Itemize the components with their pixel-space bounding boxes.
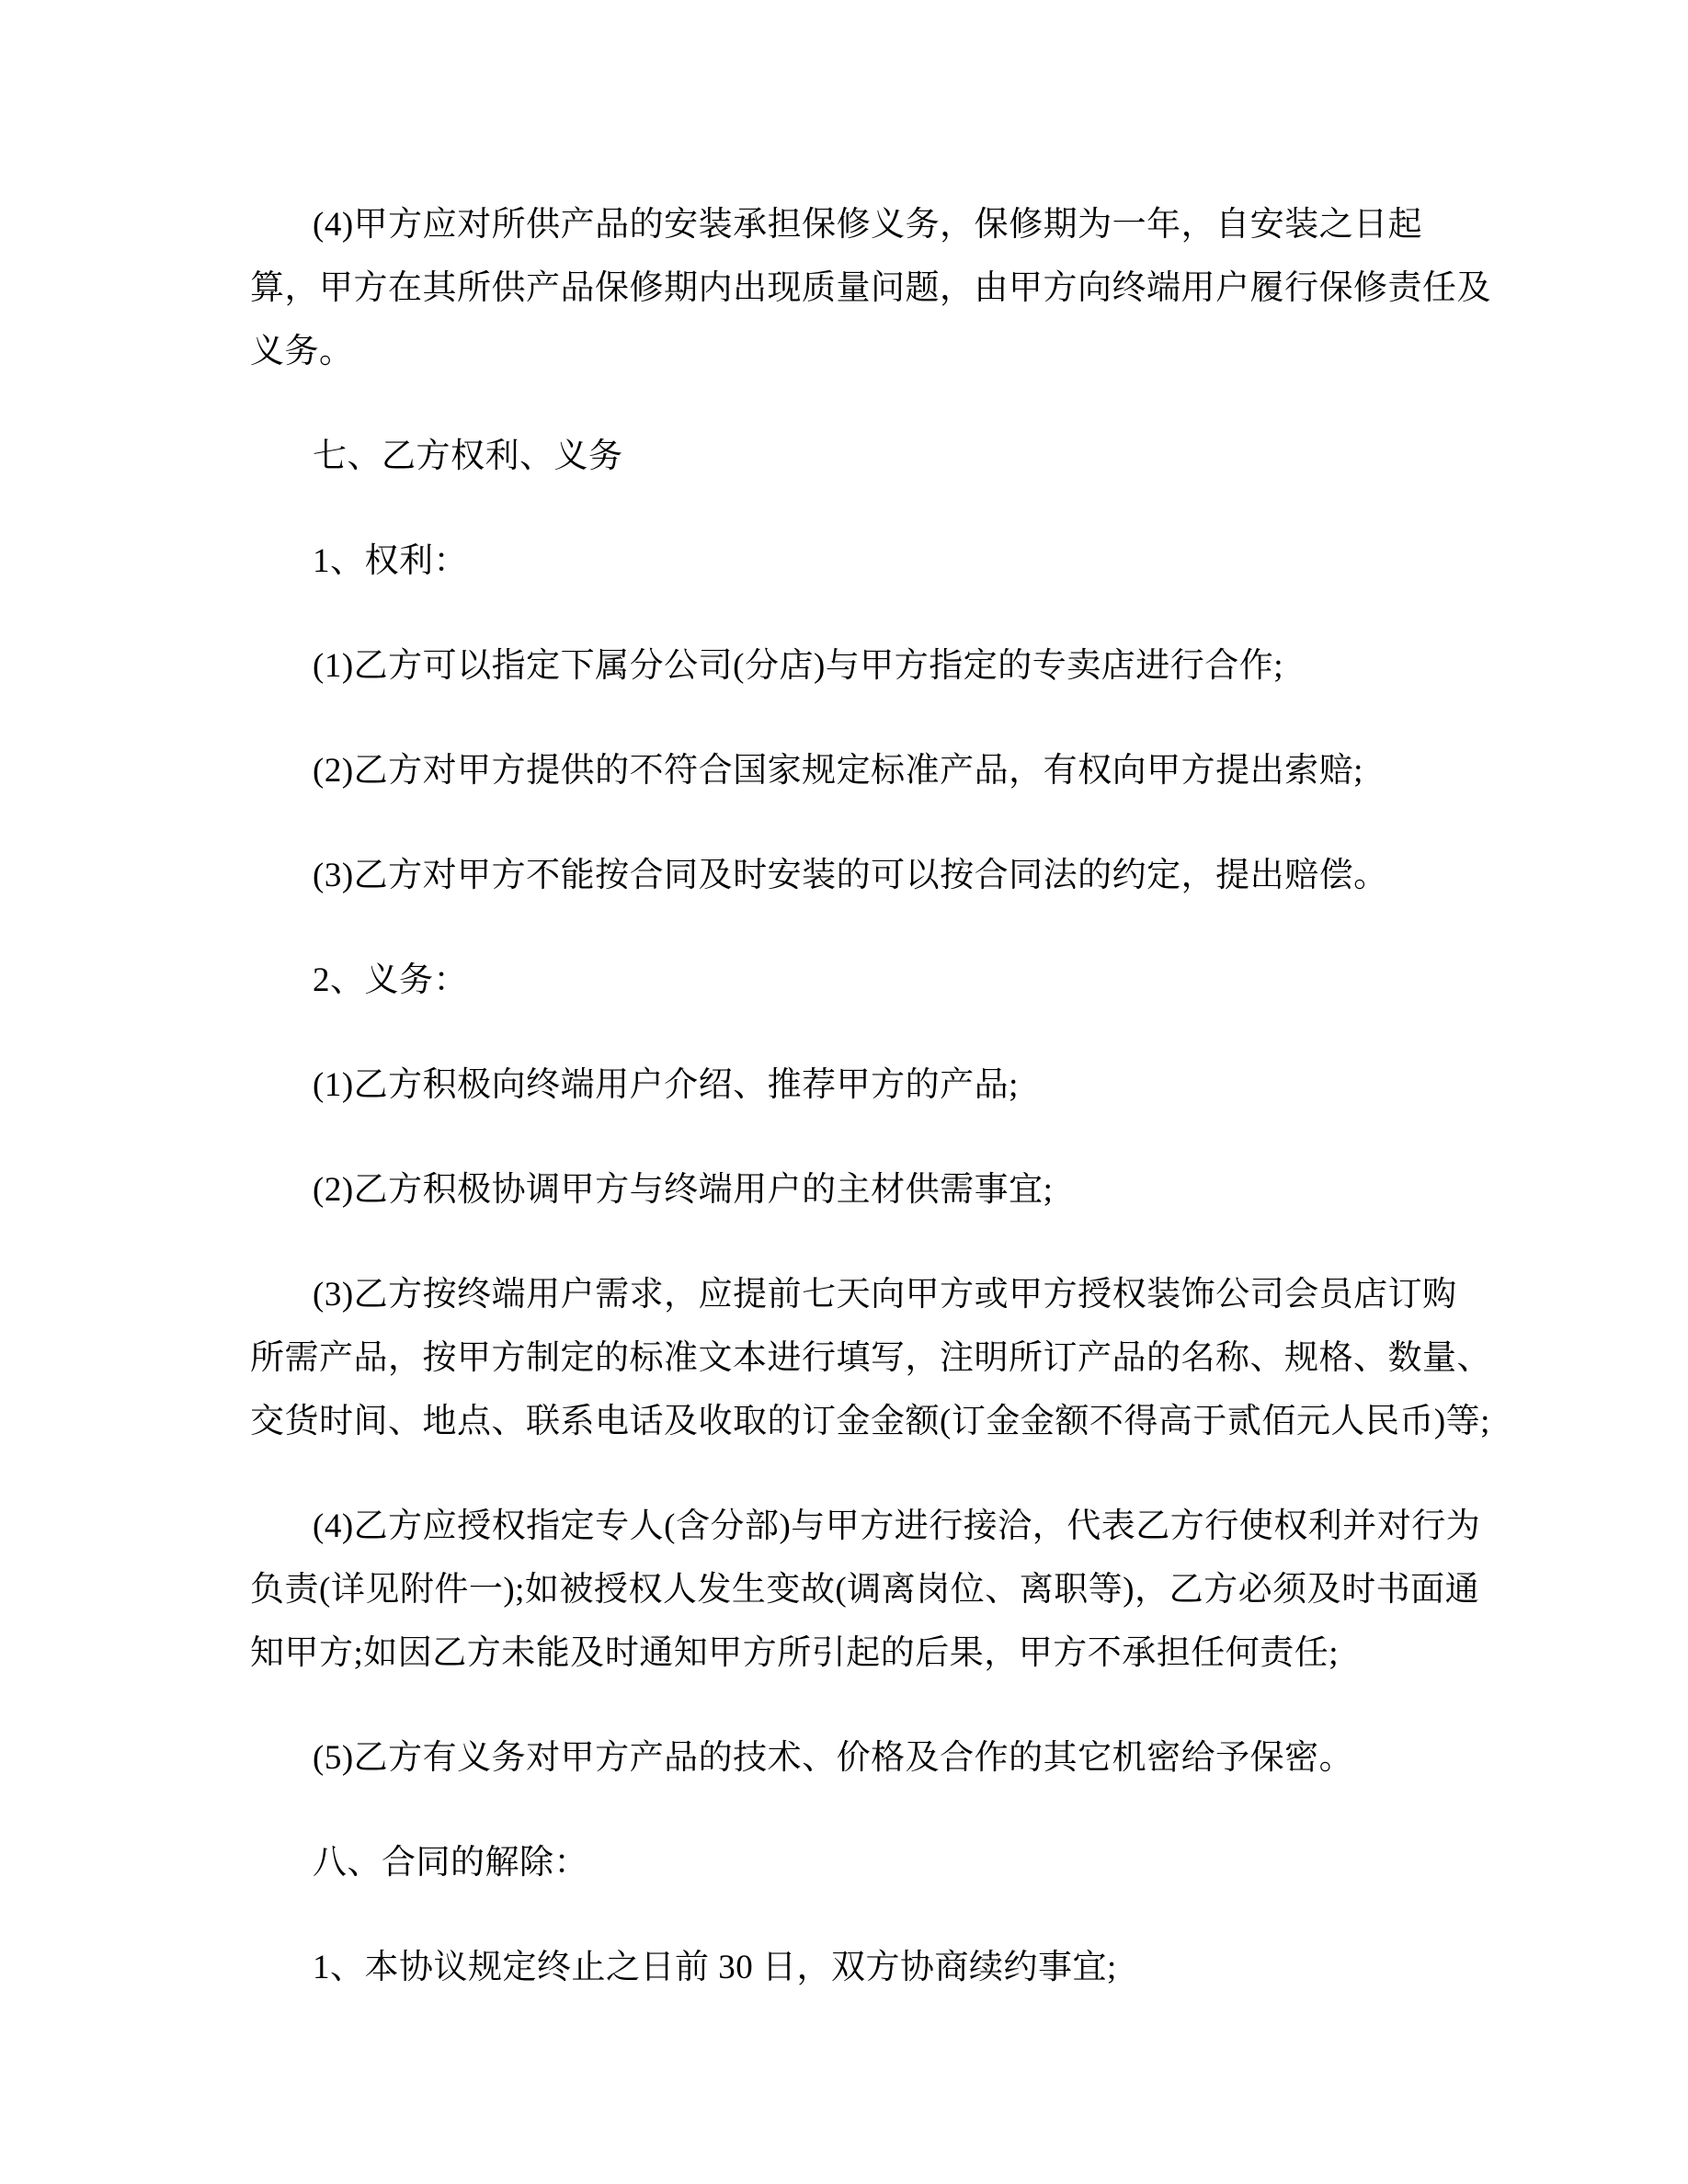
- paragraph-obligations-subheading: 2、义务：: [250, 949, 1473, 1012]
- contract-text-block: (4)甲方应对所供产品的安装承担保修义务，保修期为一年，自安装之日起 算，甲方在…: [250, 193, 1473, 2041]
- section-heading: 八、合同的解除：: [250, 1831, 1473, 1894]
- text-line: (2)乙方对甲方提供的不符合国家规定标准产品，有权向甲方提出索赔;: [250, 739, 1473, 802]
- paragraph-obligations-item-2: (2)乙方积极协调甲方与终端用户的主材供需事宜;: [250, 1158, 1473, 1222]
- paragraph-rights-item-1: (1)乙方可以指定下属分公司(分店)与甲方指定的专卖店进行合作;: [250, 634, 1473, 698]
- text-line: 算，甲方在其所供产品保修期内出现质量问题，由甲方向终端用户履行保修责任及: [250, 256, 1473, 320]
- paragraph-rights-item-2: (2)乙方对甲方提供的不符合国家规定标准产品，有权向甲方提出索赔;: [250, 739, 1473, 802]
- paragraph-rights-subheading: 1、权利：: [250, 529, 1473, 593]
- paragraph-obligations-item-4: (4)乙方应授权指定专人(含分部)与甲方进行接洽，代表乙方行使权利并对行为 负责…: [250, 1495, 1473, 1685]
- text-line: (1)乙方积极向终端用户介绍、推荐甲方的产品;: [250, 1053, 1473, 1117]
- paragraph-obligations-item-3: (3)乙方按终端用户需求，应提前七天向甲方或甲方授权装饰公司会员店订购 所需产品…: [250, 1263, 1473, 1453]
- paragraph-rights-item-3: (3)乙方对甲方不能按合同及时安装的可以按合同法的约定，提出赔偿。: [250, 844, 1473, 907]
- paragraph-section7-heading: 七、乙方权利、义务: [250, 425, 1473, 488]
- text-line: (4)乙方应授权指定专人(含分部)与甲方进行接洽，代表乙方行使权利并对行为: [250, 1495, 1473, 1558]
- section-heading: 七、乙方权利、义务: [250, 425, 1473, 488]
- text-line: (3)乙方对甲方不能按合同及时安装的可以按合同法的约定，提出赔偿。: [250, 844, 1473, 907]
- paragraph-section8-heading: 八、合同的解除：: [250, 1831, 1473, 1894]
- text-line: (1)乙方可以指定下属分公司(分店)与甲方指定的专卖店进行合作;: [250, 634, 1473, 698]
- document-page: (4)甲方应对所供产品的安装承担保修义务，保修期为一年，自安装之日起 算，甲方在…: [0, 0, 1688, 2184]
- text-line: (5)乙方有义务对甲方产品的技术、价格及合作的其它机密给予保密。: [250, 1726, 1473, 1790]
- text-line: 所需产品，按甲方制定的标准文本进行填写，注明所订产品的名称、规格、数量、: [250, 1326, 1473, 1390]
- text-line: 交货时间、地点、联系电话及收取的订金金额(订金金额不得高于贰佰元人民币)等;: [250, 1390, 1473, 1453]
- text-line: 负责(详见附件一);如被授权人发生变故(调离岗位、离职等)，乙方必须及时书面通: [250, 1558, 1473, 1621]
- text-line: (2)乙方积极协调甲方与终端用户的主材供需事宜;: [250, 1158, 1473, 1222]
- paragraph-warranty-clause: (4)甲方应对所供产品的安装承担保修义务，保修期为一年，自安装之日起 算，甲方在…: [250, 193, 1473, 383]
- text-line: 1、本协议规定终止之日前 30 日，双方协商续约事宜;: [250, 1936, 1473, 1999]
- text-line: 知甲方;如因乙方未能及时通知甲方所引起的后果，甲方不承担任何责任;: [250, 1621, 1473, 1685]
- text-line: (3)乙方按终端用户需求，应提前七天向甲方或甲方授权装饰公司会员店订购: [250, 1263, 1473, 1326]
- paragraph-termination-item-1: 1、本协议规定终止之日前 30 日，双方协商续约事宜;: [250, 1936, 1473, 1999]
- text-line: (4)甲方应对所供产品的安装承担保修义务，保修期为一年，自安装之日起: [250, 193, 1473, 256]
- paragraph-obligations-item-1: (1)乙方积极向终端用户介绍、推荐甲方的产品;: [250, 1053, 1473, 1117]
- subsection-heading: 2、义务：: [250, 949, 1473, 1012]
- subsection-heading: 1、权利：: [250, 529, 1473, 593]
- paragraph-obligations-item-5: (5)乙方有义务对甲方产品的技术、价格及合作的其它机密给予保密。: [250, 1726, 1473, 1790]
- text-line: 义务。: [250, 320, 1473, 383]
